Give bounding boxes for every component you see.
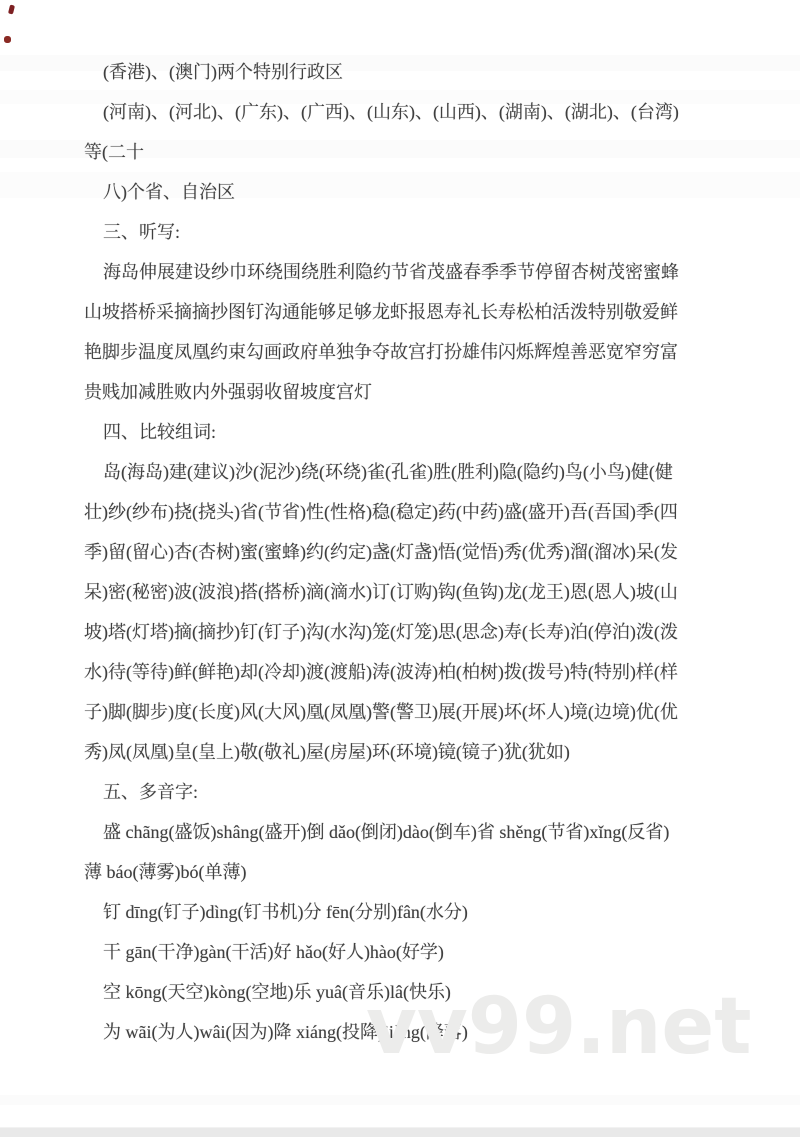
scan-artifact-mark [8, 5, 15, 15]
text-line: (香港)、(澳门)两个特别行政区 [84, 52, 734, 92]
text-line: 水)待(等待)鲜(鲜艳)却(冷却)渡(渡船)涛(波涛)柏(柏树)拨(拨号)特(特… [84, 652, 734, 692]
text-line: 海岛伸展建设纱巾环绕围绕胜利隐约节省茂盛春季季节停留杏树茂密蜜蜂 [84, 252, 734, 292]
text-line: 子)脚(脚步)度(长度)风(大风)凰(凤凰)警(警卫)展(开展)坏(坏人)境(边… [84, 692, 734, 732]
scan-band [0, 1095, 800, 1105]
text-line: 干 gān(干净)gàn(干活)好 hǎo(好人)hào(好学) [84, 932, 734, 972]
document-page: (香港)、(澳门)两个特别行政区(河南)、(河北)、(广东)、(广西)、(山东)… [0, 0, 800, 1137]
text-line: 薄 báo(薄雾)bó(单薄) [84, 852, 734, 892]
section-heading: 三、听写: [84, 212, 734, 252]
section-heading: 五、多音字: [84, 772, 734, 812]
scan-artifact-mark [4, 36, 11, 43]
text-line: 盛 chãng(盛饭)shâng(盛开)倒 dǎo(倒闭)dào(倒车)省 sh… [84, 812, 734, 852]
text-line: 等(二十 [84, 132, 734, 172]
text-line: 秀)凤(凤凰)皇(皇上)敬(敬礼)屋(房屋)环(环境)镜(镜子)犹(犹如) [84, 732, 734, 772]
text-line: 贵贱加减胜败内外强弱收留坡度宫灯 [84, 372, 734, 412]
text-line: 空 kōng(天空)kòng(空地)乐 yuâ(音乐)lâ(快乐) [84, 972, 734, 1012]
text-line: (河南)、(河北)、(广东)、(广西)、(山东)、(山西)、(湖南)、(湖北)、… [84, 92, 734, 132]
text-line: 季)留(留心)杏(杏树)蜜(蜜蜂)约(约定)盏(灯盏)悟(觉悟)秀(优秀)溜(溜… [84, 532, 734, 572]
text-line: 为 wãi(为人)wâi(因为)降 xiáng(投降)jiàng(降落) [84, 1012, 734, 1052]
text-line: 钉 dīng(钉子)dìng(钉书机)分 fēn(分别)fân(水分) [84, 892, 734, 932]
document-body: (香港)、(澳门)两个特别行政区(河南)、(河北)、(广东)、(广西)、(山东)… [84, 52, 734, 1052]
text-line: 岛(海岛)建(建议)沙(泥沙)绕(环绕)雀(孔雀)胜(胜利)隐(隐约)鸟(小鸟)… [84, 452, 734, 492]
text-line: 艳脚步温度凤凰约束勾画政府单独争夺故宫打扮雄伟闪烁辉煌善恶宽窄穷富 [84, 332, 734, 372]
text-line: 坡)塔(灯塔)摘(摘抄)钉(钉子)沟(水沟)笼(灯笼)思(思念)寿(长寿)泊(停… [84, 612, 734, 652]
page-bottom-edge [0, 1127, 800, 1137]
section-heading: 四、比较组词: [84, 412, 734, 452]
text-line: 呆)密(秘密)波(波浪)搭(搭桥)滴(滴水)订(订购)钩(鱼钩)龙(龙王)恩(恩… [84, 572, 734, 612]
text-line: 壮)纱(纱布)挠(挠头)省(节省)性(性格)稳(稳定)药(中药)盛(盛开)吾(吾… [84, 492, 734, 532]
text-line: 山坡搭桥采摘摘抄图钉沟通能够足够龙虾报恩寿礼长寿松柏活泼特别敬爱鲜 [84, 292, 734, 332]
text-line: 八)个省、自治区 [84, 172, 734, 212]
